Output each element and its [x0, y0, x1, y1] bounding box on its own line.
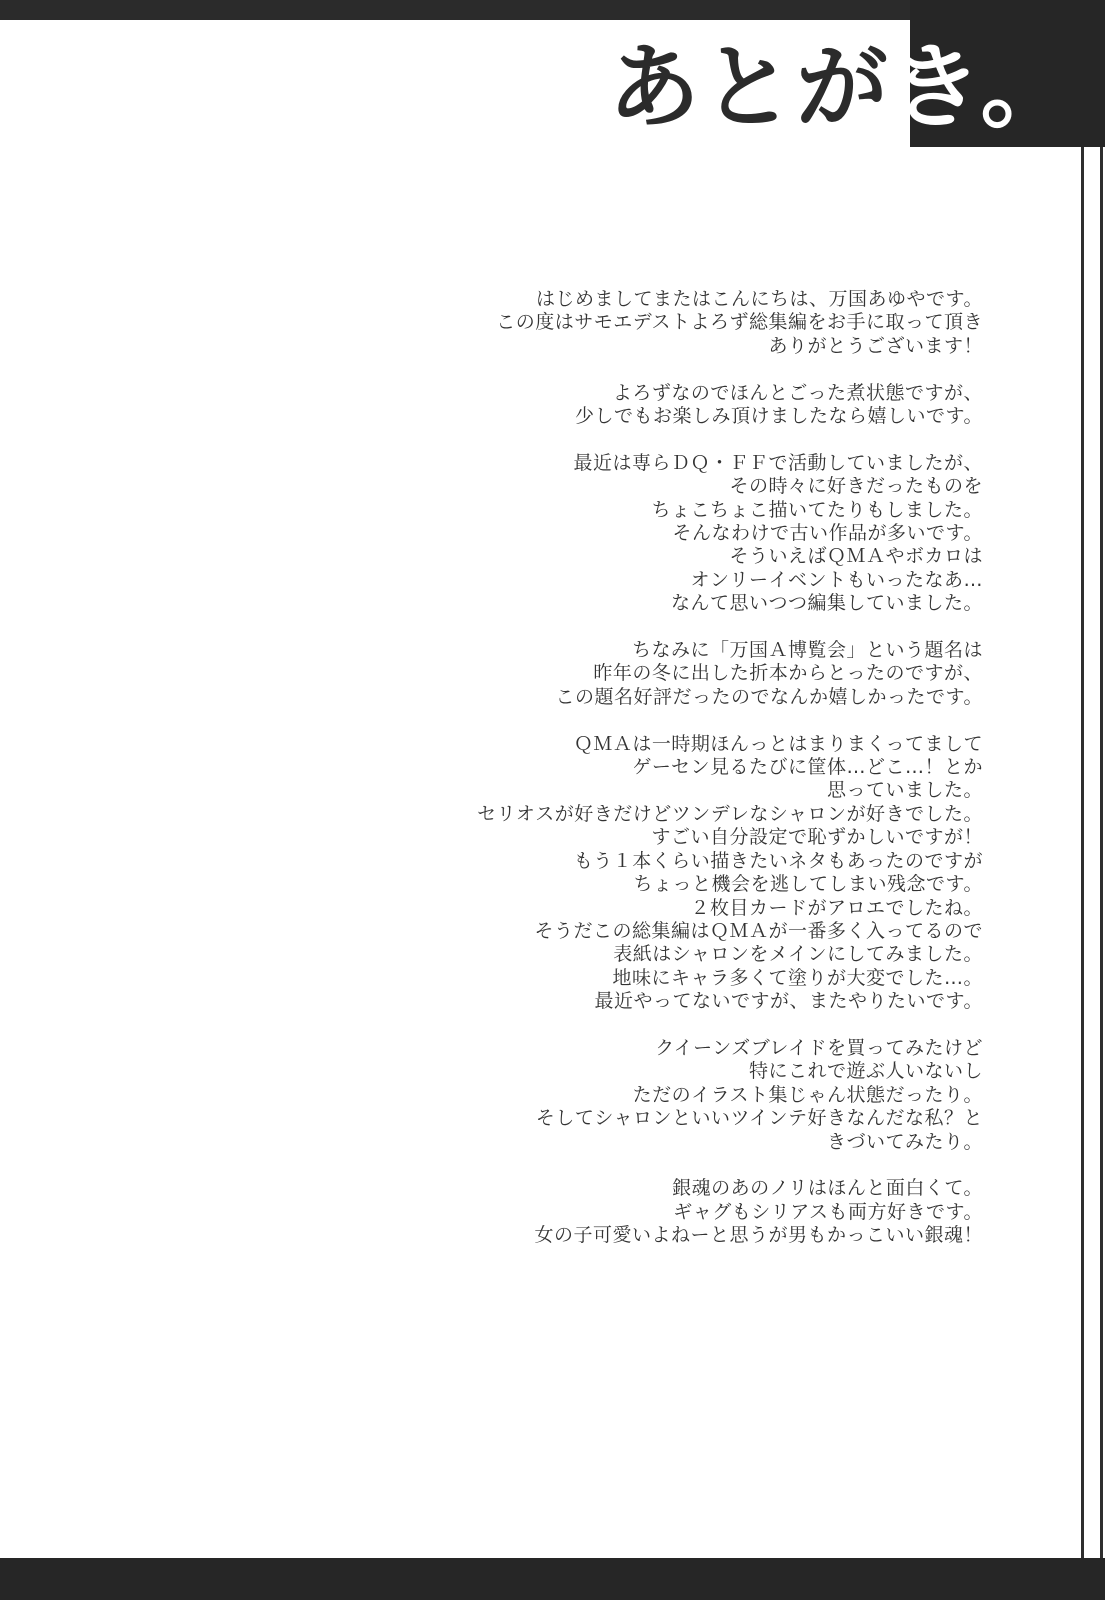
- text-line: 表紙はシャロンをメインにしてみました。: [343, 943, 983, 966]
- paragraph: ＱＭＡは一時期ほんっとはまりまくってましてゲーセン見るたびに筐体…どこ…！とか思…: [343, 733, 983, 1014]
- title-inverted: き。: [890, 34, 1074, 141]
- text-line: なんて思いつつ編集していました。: [343, 592, 983, 615]
- paragraph: 最近は専らＤＱ・ＦＦで活動していましたが、その時々に好きだったものをちょこちょこ…: [343, 452, 983, 616]
- text-line: その時々に好きだったものを: [343, 475, 983, 498]
- text-line: ＱＭＡは一時期ほんっとはまりまくってまして: [343, 733, 983, 756]
- paragraph: クイーンズブレイドを買ってみたけど特にこれで遊ぶ人いないしただのイラスト集じゃん…: [343, 1037, 983, 1154]
- text-line: クイーンズブレイドを買ってみたけど: [343, 1037, 983, 1060]
- right-border-line-inner: [1081, 147, 1084, 1558]
- text-line: はじめましてまたはこんにちは、万国あゆやです。: [343, 288, 983, 311]
- text-line: よろずなのでほんとごった煮状態ですが、: [343, 382, 983, 405]
- afterword-body: はじめましてまたはこんにちは、万国あゆやです。この度はサモエデストよろず総集編を…: [343, 288, 983, 1271]
- text-line: 銀魂のあのノリはほんと面白くて。: [343, 1177, 983, 1200]
- paragraph: ちなみに「万国Ａ博覧会」という題名は昨年の冬に出した折本からとったのですが、この…: [343, 639, 983, 709]
- text-line: 思っていました。: [343, 779, 983, 802]
- text-line: ありがとうございます！: [343, 335, 983, 358]
- page-title: あとがき。: [608, 38, 1074, 138]
- paragraph: よろずなのでほんとごった煮状態ですが、少しでもお楽しみ頂けましたなら嬉しいです。: [343, 382, 983, 429]
- text-line: ちょっと機会を逃してしまい残念です。: [343, 873, 983, 896]
- text-line: すごい自分設定で恥ずかしいですが！: [343, 826, 983, 849]
- text-line: この度はサモエデストよろず総集編をお手に取って頂き: [343, 311, 983, 334]
- right-border-line-outer: [1100, 147, 1103, 1558]
- text-line: きづいてみたり。: [343, 1131, 983, 1154]
- text-line: そうだこの総集編はＱＭＡが一番多く入ってるので: [343, 920, 983, 943]
- text-line: そんなわけで古い作品が多いです。: [343, 522, 983, 545]
- title-main: あとが: [608, 34, 890, 141]
- text-line: 女の子可愛いよねーと思うが男もかっこいい銀魂！: [343, 1224, 983, 1247]
- text-line: ギャグもシリアスも両方好きです。: [343, 1201, 983, 1224]
- text-line: オンリーイベントもいったなあ…: [343, 569, 983, 592]
- paragraph: はじめましてまたはこんにちは、万国あゆやです。この度はサモエデストよろず総集編を…: [343, 288, 983, 358]
- text-line: 少しでもお楽しみ頂けましたなら嬉しいです。: [343, 405, 983, 428]
- text-line: ゲーセン見るたびに筐体…どこ…！とか: [343, 756, 983, 779]
- text-line: ちなみに「万国Ａ博覧会」という題名は: [343, 639, 983, 662]
- text-line: 最近やってないですが、またやりたいです。: [343, 990, 983, 1013]
- text-line: 特にこれで遊ぶ人いないし: [343, 1060, 983, 1083]
- bottom-border-bar: [0, 1558, 1105, 1600]
- text-line: この題名好評だったのでなんか嬉しかったです。: [343, 686, 983, 709]
- text-line: 昨年の冬に出した折本からとったのですが、: [343, 662, 983, 685]
- paragraph: 銀魂のあのノリはほんと面白くて。ギャグもシリアスも両方好きです。女の子可愛いよね…: [343, 1177, 983, 1247]
- text-line: ただのイラスト集じゃん状態だったり。: [343, 1084, 983, 1107]
- text-line: そしてシャロンといいツインテ好きなんだな私？と: [343, 1107, 983, 1130]
- text-line: ちょこちょこ描いてたりもしました。: [343, 499, 983, 522]
- text-line: そういえばＱＭＡやボカロは: [343, 545, 983, 568]
- text-line: セリオスが好きだけどツンデレなシャロンが好きでした。: [343, 803, 983, 826]
- text-line: 最近は専らＤＱ・ＦＦで活動していましたが、: [343, 452, 983, 475]
- text-line: 地味にキャラ多くて塗りが大変でした…。: [343, 967, 983, 990]
- text-line: ２枚目カードがアロエでしたね。: [343, 897, 983, 920]
- text-line: もう１本くらい描きたいネタもあったのですが: [343, 850, 983, 873]
